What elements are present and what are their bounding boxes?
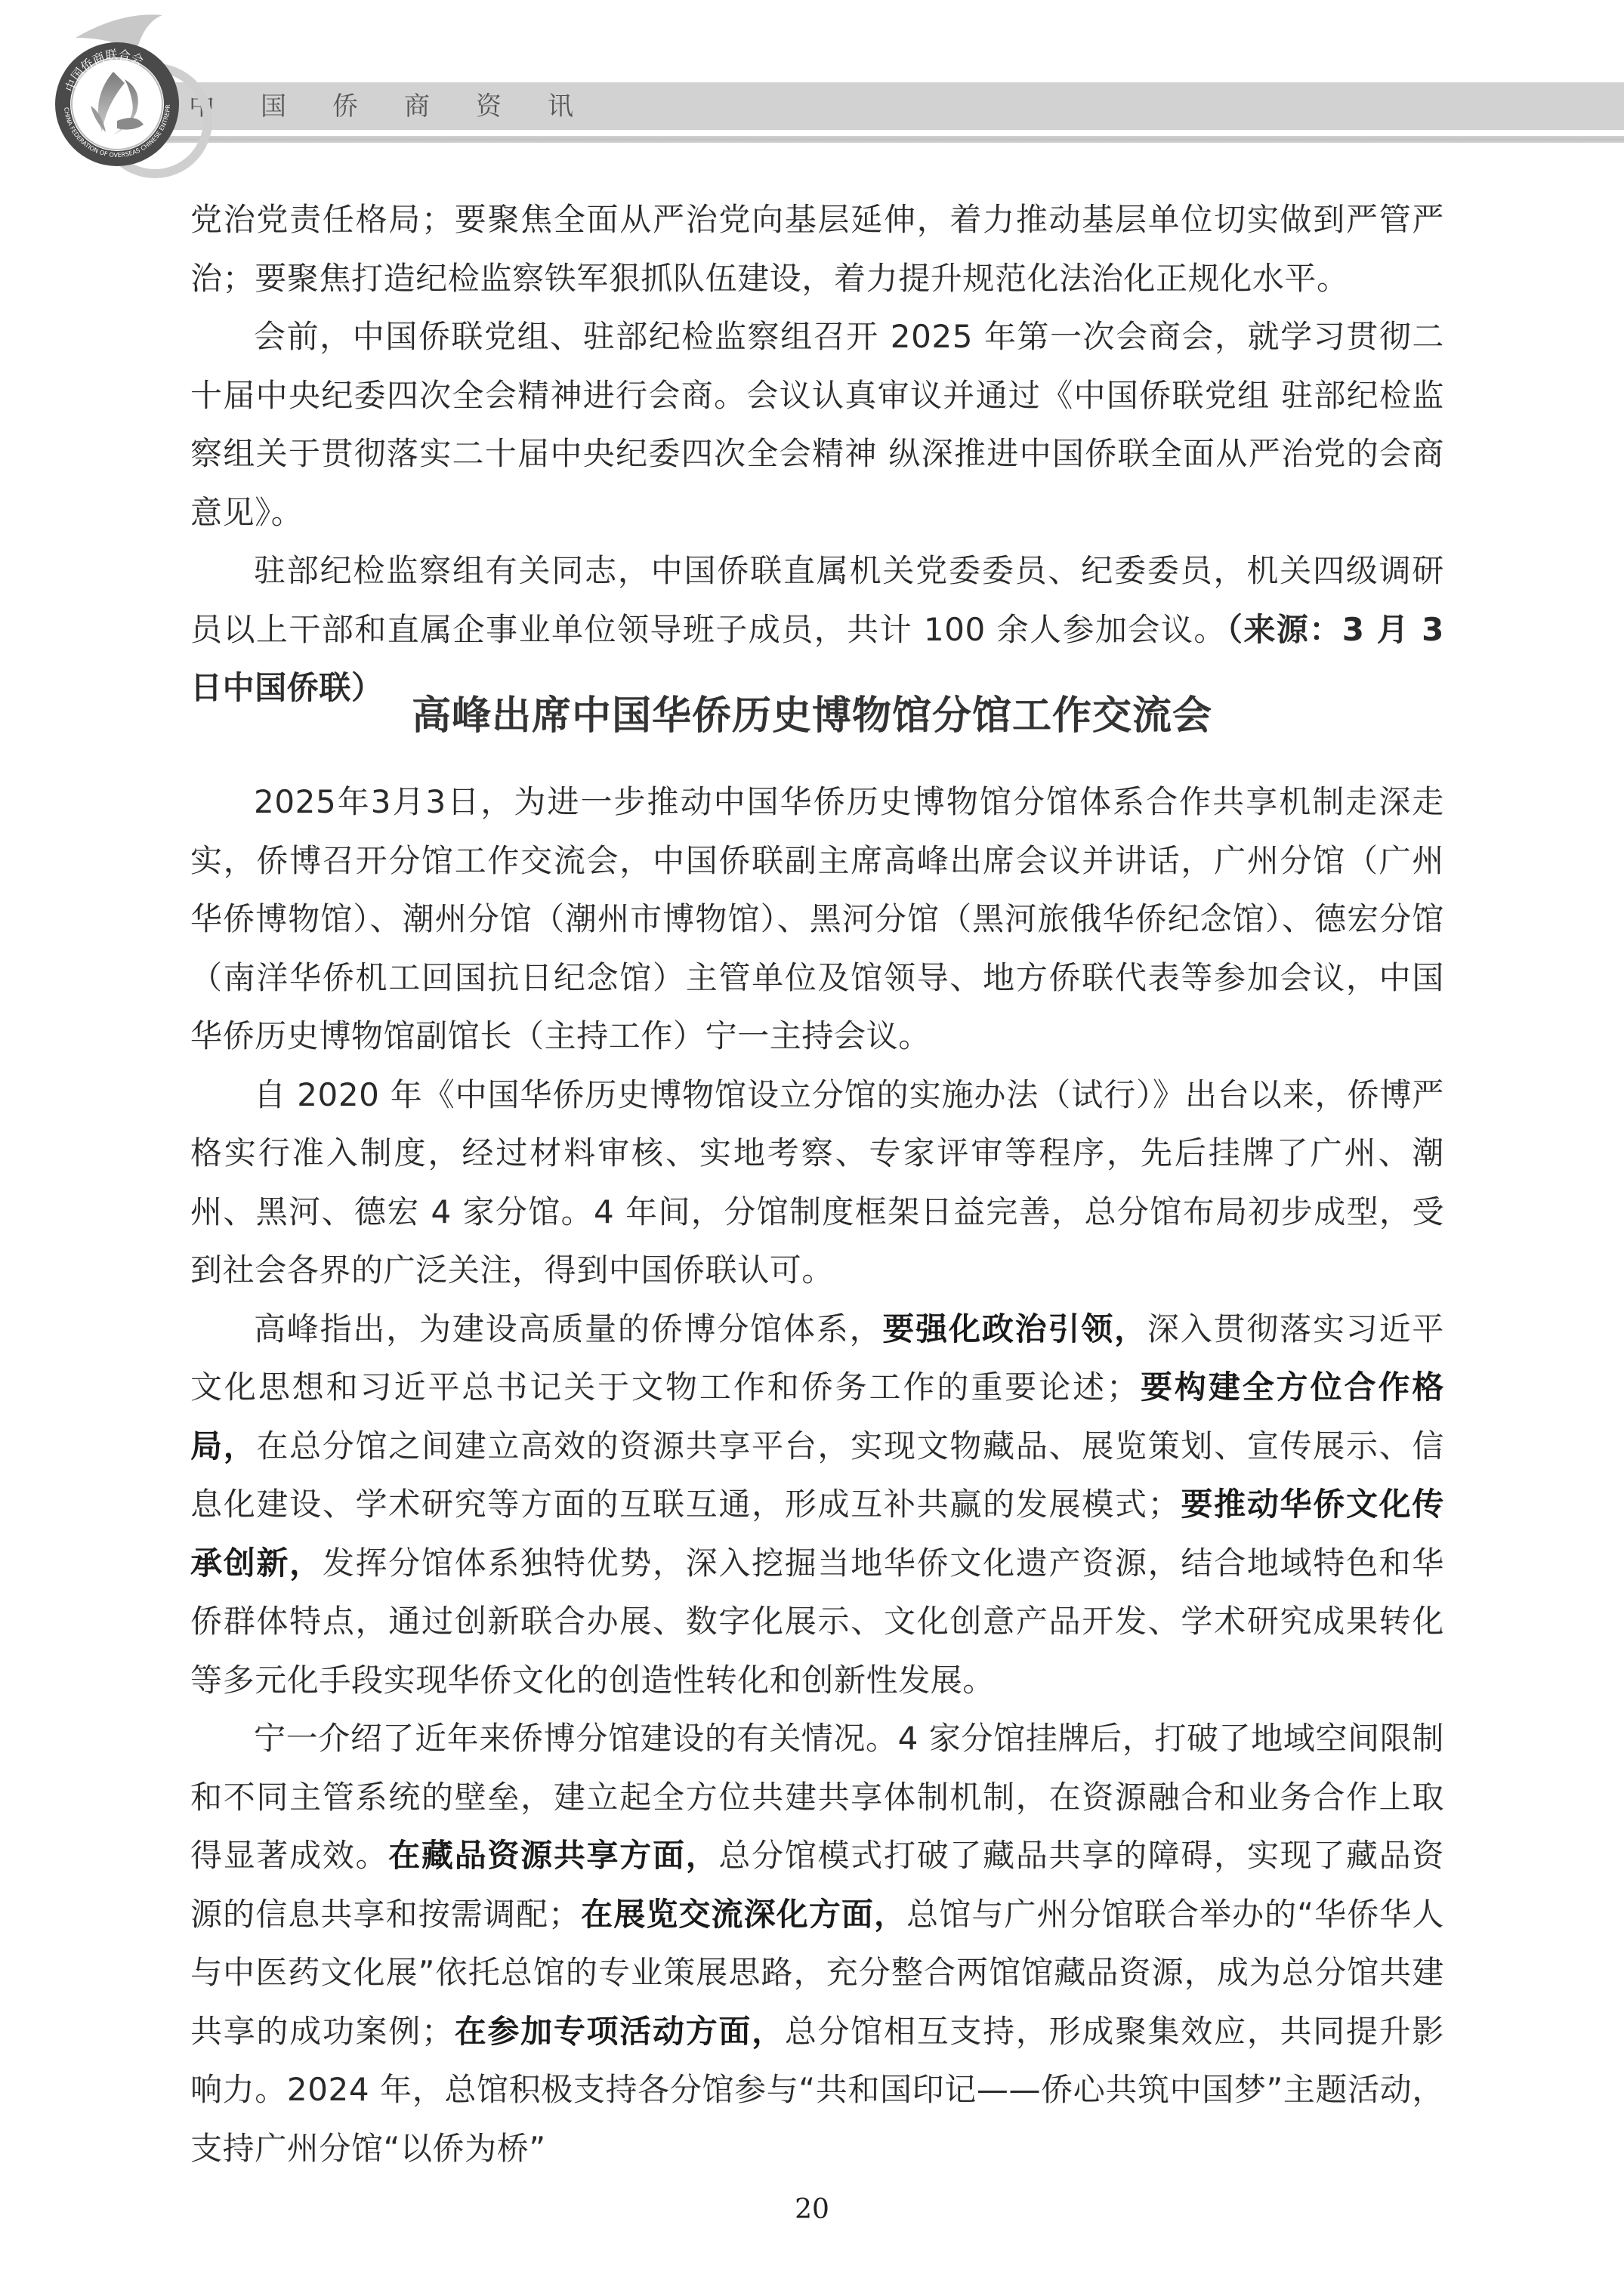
previous-article-continuation: 党治党责任格局；要聚焦全面从严治党向基层延伸，着力推动基层单位切实做到严管严治；… [190,190,1444,718]
emphasis-text: 在参加专项活动方面， [454,2013,785,2050]
emphasis-text: 在藏品资源共享方面， [388,1837,718,1874]
title-char: 国 [261,88,332,125]
article-title: 高峰出席中国华侨历史博物馆分馆工作交流会 [0,684,1624,740]
title-char: 侨 [332,88,404,125]
paragraph-text: 高峰指出，为建设高质量的侨博分馆体系， [254,1310,882,1347]
paragraph: 会前，中国侨联党组、驻部纪检监察组召开 2025 年第一次会商会，就学习贯彻二十… [190,307,1444,542]
page-number: 20 [0,2194,1624,2225]
article-body: 2025年3月3日，为进一步推动中国华侨历史博物馆分馆体系合作共享机制走深走实，… [190,773,1444,2177]
title-char: 资 [476,88,548,125]
paragraph: 2025年3月3日，为进一步推动中国华侨历史博物馆分馆体系合作共享机制走深走实，… [190,773,1444,1066]
emphasis-text: 在展览交流深化方面， [581,1896,906,1933]
header-rule [106,136,1624,143]
title-char: 商 [404,88,476,125]
page-header: 中 国 侨 商 资 讯 中国侨商联合会 CHINA FEDE [0,0,1624,196]
emphasis-text: 要强化政治引领， [882,1310,1147,1347]
paragraph: 党治党责任格局；要聚焦全面从严治党向基层延伸，着力推动基层单位切实做到严管严治；… [190,190,1444,307]
publication-title: 中 国 侨 商 资 讯 [189,88,619,125]
paragraph: 自 2020 年《中国华侨历史博物馆设立分馆的实施办法（试行）》出台以来，侨博严… [190,1066,1444,1300]
title-char: 讯 [548,88,619,125]
paragraph: 高峰指出，为建设高质量的侨博分馆体系，要强化政治引领，深入贯彻落实习近平文化思想… [190,1300,1444,1710]
paragraph-text: 发挥分馆体系独特优势，深入挖掘当地华侨文化遗产资源，结合地域特色和华侨群体特点，… [190,1545,1444,1699]
organization-seal-logo-icon: 中国侨商联合会 CHINA FEDERATION OF OVERSEAS CHI… [30,8,227,189]
paragraph: 宁一介绍了近年来侨博分馆建设的有关情况。4 家分馆挂牌后，打破了地域空间限制和不… [190,1709,1444,2177]
